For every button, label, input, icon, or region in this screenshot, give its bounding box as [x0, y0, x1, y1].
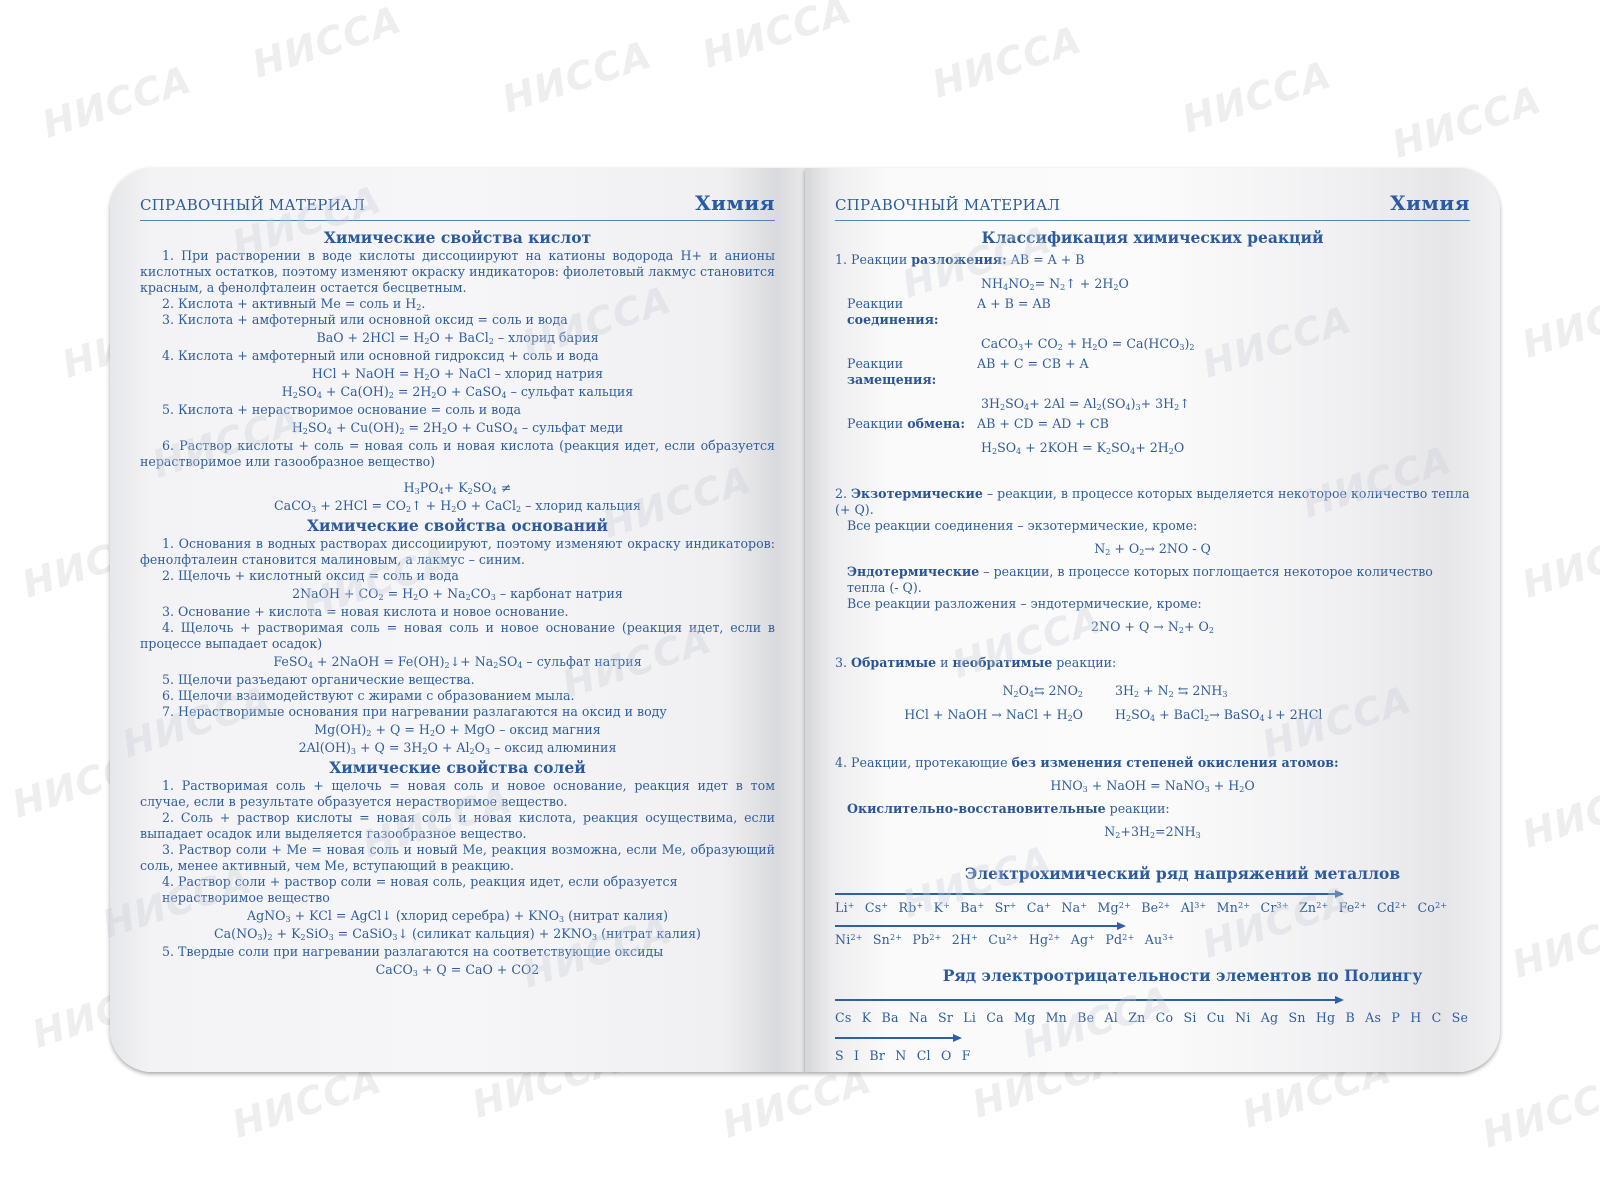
endothermic-note: Все реакции разложения – эндотермические…: [835, 596, 1470, 612]
equation: Ca(NO3)2 + K2SiO3 = CaSiO3↓ (силикат кал…: [140, 926, 775, 942]
left-page-header: СПРАВОЧНЫЙ МАТЕРИАЛ Химия: [140, 190, 775, 221]
reaction-type-scheme: AB = A + B: [1007, 252, 1470, 268]
subject-title: Химия: [695, 191, 775, 215]
watermark-logo: НИССА: [1387, 77, 1547, 166]
reaction-example: H2SO4 + 2KOH = K2SO4+ 2H2O: [835, 440, 1470, 456]
equation: BaO + 2HCl = H2O + BaCl2 – хлорид бария: [140, 330, 775, 346]
section-title: Химические свойства оснований: [140, 516, 775, 536]
reaction-example: CaCO3+ CO2 + H2O = Ca(HCO3)2: [835, 336, 1470, 352]
property-text: 2. Кислота + активный Ме = соль и Н2.: [140, 296, 775, 312]
watermark-logo: НИССА: [1177, 52, 1337, 141]
equation: Mg(OH)2 + Q = H2O + MgO – оксид магния: [140, 722, 775, 738]
exothermic-equation: N2 + O2→ 2NO - Q: [835, 541, 1470, 557]
reaction-type-row: Реакции обмена:AB + CD = AD + CB: [835, 416, 1470, 432]
oxidation-title: 4. Реакции, протекающие без изменения ст…: [835, 755, 1470, 771]
property-text: 4. Щелочь + растворимая соль = новая сол…: [140, 620, 775, 652]
exothermic-note: Все реакции соединения – экзотермические…: [835, 518, 1470, 534]
arrow-line: [835, 996, 1470, 1004]
equation: N2O4⇆ 2NO2: [835, 683, 1115, 699]
property-text: 6. Раствор кислоты + соль = новая соль и…: [140, 438, 775, 470]
section-title: Химические свойства солей: [140, 758, 775, 778]
right-page-content: Классификация химических реакций 1. Реак…: [835, 228, 1470, 1064]
reaction-type-row: Реакции соединения:A + B = AB: [835, 296, 1470, 328]
classification-title: Классификация химических реакций: [835, 228, 1470, 248]
equation: 2Al(OH)3 + Q = 3H2O + Al2O3 – оксид алюм…: [140, 740, 775, 756]
reference-label: СПРАВОЧНЫЙ МАТЕРИАЛ: [835, 196, 1060, 214]
endothermic-equation: 2NO + Q → N2+ O2: [835, 619, 1470, 635]
reaction-type-row: 1. Реакции разложения:AB = A + B: [835, 252, 1470, 268]
equation: CaCO3 + 2HCl = CO2↑ + H2O + CaCl2 – хлор…: [140, 498, 775, 514]
left-page: СПРАВОЧНЫЙ МАТЕРИАЛ Химия Химические сво…: [110, 168, 805, 1072]
property-text: 4. Раствор соли + раствор соли = новая с…: [140, 874, 775, 906]
property-text: 5. Твердые соли при нагревании разлагают…: [140, 944, 775, 960]
reaction-type-scheme: AB + C = CB + A: [977, 356, 1470, 388]
equation: 2NaOH + CO2 = H2O + Na2CO3 – карбонат на…: [140, 586, 775, 602]
property-text: 2. Соль + раствор кислоты = новая соль и…: [140, 810, 775, 842]
property-text: 4. Кислота + амфотерный или основной гид…: [140, 348, 775, 364]
equation: H2SO4 + Ca(OH)2 = 2H2O + CaSO4 – сульфат…: [140, 384, 775, 400]
equation: HCl + NaOH → NaCl + H2O: [835, 707, 1115, 723]
reaction-type-label: Реакции соединения:: [835, 296, 977, 328]
reaction-example: 3H2SO4+ 2Al = Al2(SO4)3+ 3H2↑: [835, 396, 1470, 412]
watermark-logo: НИССА: [497, 32, 657, 121]
watermark-logo: НИССА: [1517, 767, 1600, 856]
reaction-example: NH4NO2= N2↑ + 2H2O: [835, 276, 1470, 292]
reversible-title: 3. Обратимые и необратимые реакции:: [835, 655, 1470, 671]
endothermic-definition: Эндотермические – реакции, в процессе ко…: [835, 564, 1470, 596]
reaction-type-row: Реакции замещения:AB + C = CB + A: [835, 356, 1470, 388]
equation-row: N2O4⇆ 2NO23H2 + N2 ⇆ 2NH3: [835, 683, 1470, 699]
reaction-type-scheme: A + B = AB: [977, 296, 1470, 328]
equation: CaCO3 + Q = CaO + CO2: [140, 962, 775, 978]
metal-series-title: Электрохимический ряд напряжений металло…: [835, 864, 1470, 884]
equation: AgNO3 + KCl = AgCl↓ (хлорид серебра) + K…: [140, 908, 775, 924]
reaction-type-label: Реакции замещения:: [835, 356, 977, 388]
metal-series-row-2: Ni2+ Sn2+ Pb2+ 2H+ Cu2+ Hg2+ Ag+ Pd2+ Au…: [835, 932, 1470, 948]
redox-title: Окислительно-восстановительные реакции:: [835, 801, 1470, 817]
reaction-types: 1. Реакции разложения:AB = A + BNH4NO2= …: [835, 252, 1470, 456]
watermark-logo: НИССА: [1507, 897, 1600, 986]
left-page-content: Химические свойства кислот1. При раствор…: [140, 228, 775, 980]
property-text: 5. Кислота + нерастворимое основание = с…: [140, 402, 775, 418]
equation: FeSO4 + 2NaOH = Fe(OH)2↓+ Na2SO4 – сульф…: [140, 654, 775, 670]
watermark-logo: НИССА: [927, 17, 1087, 106]
reversible-equations: N2O4⇆ 2NO23H2 + N2 ⇆ 2NH3HCl + NaOH → Na…: [835, 683, 1470, 723]
open-book: СПРАВОЧНЫЙ МАТЕРИАЛ Химия Химические сво…: [110, 168, 1500, 1072]
electronegativity-title: Ряд электроотрицательности элементов по …: [835, 966, 1470, 986]
reaction-type-label: 1. Реакции разложения:: [835, 252, 1007, 268]
arrow-line: [835, 922, 1470, 930]
equation-row: HCl + NaOH → NaCl + H2OH2SO4 + BaCl2→ Ba…: [835, 707, 1470, 723]
property-text: 3. Основание + кислота = новая кислота и…: [140, 604, 775, 620]
reaction-type-scheme: AB + CD = AD + CB: [977, 416, 1470, 432]
property-text: 1. Основания в водных растворах диссоции…: [140, 536, 775, 568]
property-text: 1. При растворении в воде кислоты диссоц…: [140, 248, 775, 296]
watermark-logo: НИССА: [1477, 1067, 1600, 1156]
property-text: 3. Кислота + амфотерный или основной окс…: [140, 312, 775, 328]
redox-equation: N2+3H2=2NH3: [835, 824, 1470, 840]
watermark-logo: НИССА: [697, 0, 857, 77]
subject-title: Химия: [1390, 191, 1470, 215]
exothermic-definition: 2. Экзотермические – реакции, в процессе…: [835, 486, 1470, 518]
right-page-header: СПРАВОЧНЫЙ МАТЕРИАЛ Химия: [835, 190, 1470, 221]
electronegativity-row-2: S I Br N Cl O F: [835, 1048, 1470, 1064]
equation: HCl + NaOH = H2O + NaCl – хлорид натрия: [140, 366, 775, 382]
right-page: СПРАВОЧНЫЙ МАТЕРИАЛ Химия Классификация …: [805, 168, 1500, 1072]
metal-series-row-1: Li+ Cs+ Rb+ K+ Ba+ Sr+ Ca+ Na+ Mg2+ Be2+…: [835, 900, 1470, 916]
property-text: 7. Нерастворимые основания при нагревани…: [140, 704, 775, 720]
property-text: 2. Щелочь + кислотный оксид = соль и вод…: [140, 568, 775, 584]
watermark-logo: НИССА: [1517, 517, 1600, 606]
arrow-line: [835, 1034, 1470, 1042]
reference-label: СПРАВОЧНЫЙ МАТЕРИАЛ: [140, 196, 365, 214]
watermark-logo: НИССА: [37, 57, 197, 146]
equation: H2SO4 + BaCl2→ BaSO4↓+ 2HCl: [1115, 707, 1322, 723]
property-text: 5. Щелочи разъедают органические веществ…: [140, 672, 775, 688]
no-oxidation-change-equation: HNO3 + NaOH = NaNO3 + H2O: [835, 778, 1470, 794]
property-text: 3. Раствор соли + Ме = новая соль и новы…: [140, 842, 775, 874]
equation: H3PO4+ K2SO4 ≠: [140, 480, 775, 496]
equation: 3H2 + N2 ⇆ 2NH3: [1115, 683, 1227, 699]
arrow-line: [835, 890, 1470, 898]
equation: H2SO4 + Cu(OH)2 = 2H2O + CuSO4 – сульфат…: [140, 420, 775, 436]
watermark-logo: НИССА: [1517, 277, 1600, 366]
section-title: Химические свойства кислот: [140, 228, 775, 248]
property-text: 1. Растворимая соль + щелочь = новая сол…: [140, 778, 775, 810]
reaction-type-label: Реакции обмена:: [835, 416, 977, 432]
watermark-logo: НИССА: [247, 0, 407, 87]
property-text: 6. Щелочи взаимодействуют с жирами с обр…: [140, 688, 775, 704]
electronegativity-row-1: Cs K Ba Na Sr Li Ca Mg Mn Be Al Zn Co Si…: [835, 1010, 1470, 1026]
